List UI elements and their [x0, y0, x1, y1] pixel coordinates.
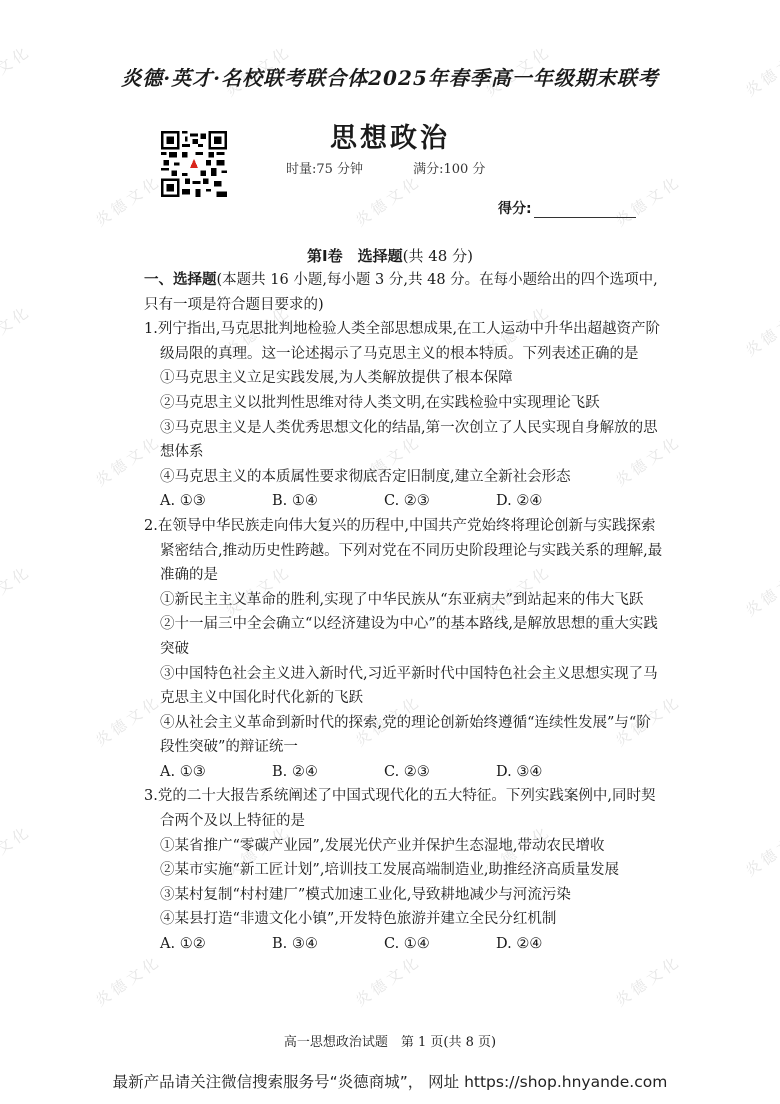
score-blank [534, 201, 636, 218]
option-c: C. ②③ [384, 760, 496, 785]
question-stem: 2.在领导中华民族走向伟大复兴的历程中,中国共产党始终将理论创新与实践探索紧密结… [144, 514, 664, 588]
section-instructions: 一、选择题(本题共 16 小题,每小题 3 分,共 48 分。在每小题给出的四个… [144, 268, 664, 317]
option-b: B. ②④ [272, 760, 384, 785]
section-title-score: (共 48 分) [403, 247, 473, 265]
section-title: 第Ⅰ卷 选择题(共 48 分) [0, 245, 780, 266]
questions-content: 一、选择题(本题共 16 小题,每小题 3 分,共 48 分。在每小题给出的四个… [144, 268, 664, 957]
score-label: 得分: [498, 198, 532, 218]
section-title-main: 第Ⅰ卷 选择题 [307, 247, 403, 265]
answer-options: A. ①③ B. ②④ C. ②③ D. ③④ [144, 760, 664, 785]
question-2: 2.在领导中华民族走向伟大复兴的历程中,中国共产党始终将理论创新与实践探索紧密结… [144, 514, 664, 785]
exam-name: 炎德·英才·名校联考联合体2025年春季高一年级期末联考 [0, 62, 780, 91]
answer-options: A. ①② B. ③④ C. ①④ D. ②④ [144, 932, 664, 957]
option-a: A. ①③ [160, 760, 272, 785]
full-score: 满分:100 分 [413, 158, 485, 177]
question-3: 3.党的二十大报告系统阐述了中国式现代化的五大特征。下列实践案例中,同时契合两个… [144, 784, 664, 956]
option-b: B. ③④ [272, 932, 384, 957]
statement: ③某村复制“村村建厂”模式加速工业化,导致耕地减少与河流污染 [144, 883, 664, 908]
statement: ②十一届三中全会确立“以经济建设为中心”的基本路线,是解放思想的重大实践突破 [144, 612, 664, 661]
option-d: D. ②④ [496, 489, 608, 514]
option-c: C. ②③ [384, 489, 496, 514]
option-d: D. ③④ [496, 760, 608, 785]
statement: ③中国特色社会主义进入新时代,习近平新时代中国特色社会主义思想实现了马克思主义中… [144, 662, 664, 711]
statement: ④马克思主义的本质属性要求彻底否定旧制度,建立全新社会形态 [144, 465, 664, 490]
statement: ①新民主主义革命的胜利,实现了中华民族从“东亚病夫”到站起来的伟大飞跃 [144, 588, 664, 613]
statement: ④从社会主义革命到新时代的探索,党的理论创新始终遵循“连续性发展”与“阶段性突破… [144, 711, 664, 760]
time-limit: 时量:75 分钟 [286, 158, 363, 177]
statement: ②马克思主义以批判性思维对待人类文明,在实践检验中实现理论飞跃 [144, 391, 664, 416]
option-a: A. ①② [160, 932, 272, 957]
statement: ②某市实施“新工匠计划”,培训技工发展高端制造业,助推经济高质量发展 [144, 858, 664, 883]
subject-title: 思想政治 [0, 116, 780, 155]
option-b: B. ①④ [272, 489, 384, 514]
option-c: C. ①④ [384, 932, 496, 957]
exam-meta: 时量:75 分钟满分:100 分 [286, 158, 485, 177]
promo-banner: 最新产品请关注微信搜索服务号“炎德商城”， 网址 https://shop.hn… [0, 1070, 780, 1092]
score-field: 得分: [498, 198, 636, 218]
question-stem: 1.列宁指出,马克思批判地检验人类全部思想成果,在工人运动中升华出超越资产阶级局… [144, 317, 664, 366]
question-1: 1.列宁指出,马克思批判地检验人类全部思想成果,在工人运动中升华出超越资产阶级局… [144, 317, 664, 514]
statement: ③马克思主义是人类优秀思想文化的结晶,第一次创立了人民实现自身解放的思想体系 [144, 416, 664, 465]
option-d: D. ②④ [496, 932, 608, 957]
answer-options: A. ①③ B. ①④ C. ②③ D. ②④ [144, 489, 664, 514]
question-stem: 3.党的二十大报告系统阐述了中国式现代化的五大特征。下列实践案例中,同时契合两个… [144, 784, 664, 833]
exam-page: 炎德·英才·名校联考联合体2025年春季高一年级期末联考 思想政治 时量:75 … [0, 0, 780, 1104]
statement: ④某县打造“非遗文化小镇”,开发特色旅游并建立全民分红机制 [144, 907, 664, 932]
option-a: A. ①③ [160, 489, 272, 514]
instructions-text: (本题共 16 小题,每小题 3 分,共 48 分。在每小题给出的四个选项中,只… [144, 272, 658, 313]
statement: ①某省推广“零碳产业园”,发展光伏产业并保护生态湿地,带动农民增收 [144, 834, 664, 859]
part-label: 一、选择题 [144, 272, 217, 288]
statement: ①马克思主义立足实践发展,为人类解放提供了根本保障 [144, 366, 664, 391]
page-footer: 高一思想政治试题 第 1 页(共 8 页) [0, 1031, 780, 1050]
